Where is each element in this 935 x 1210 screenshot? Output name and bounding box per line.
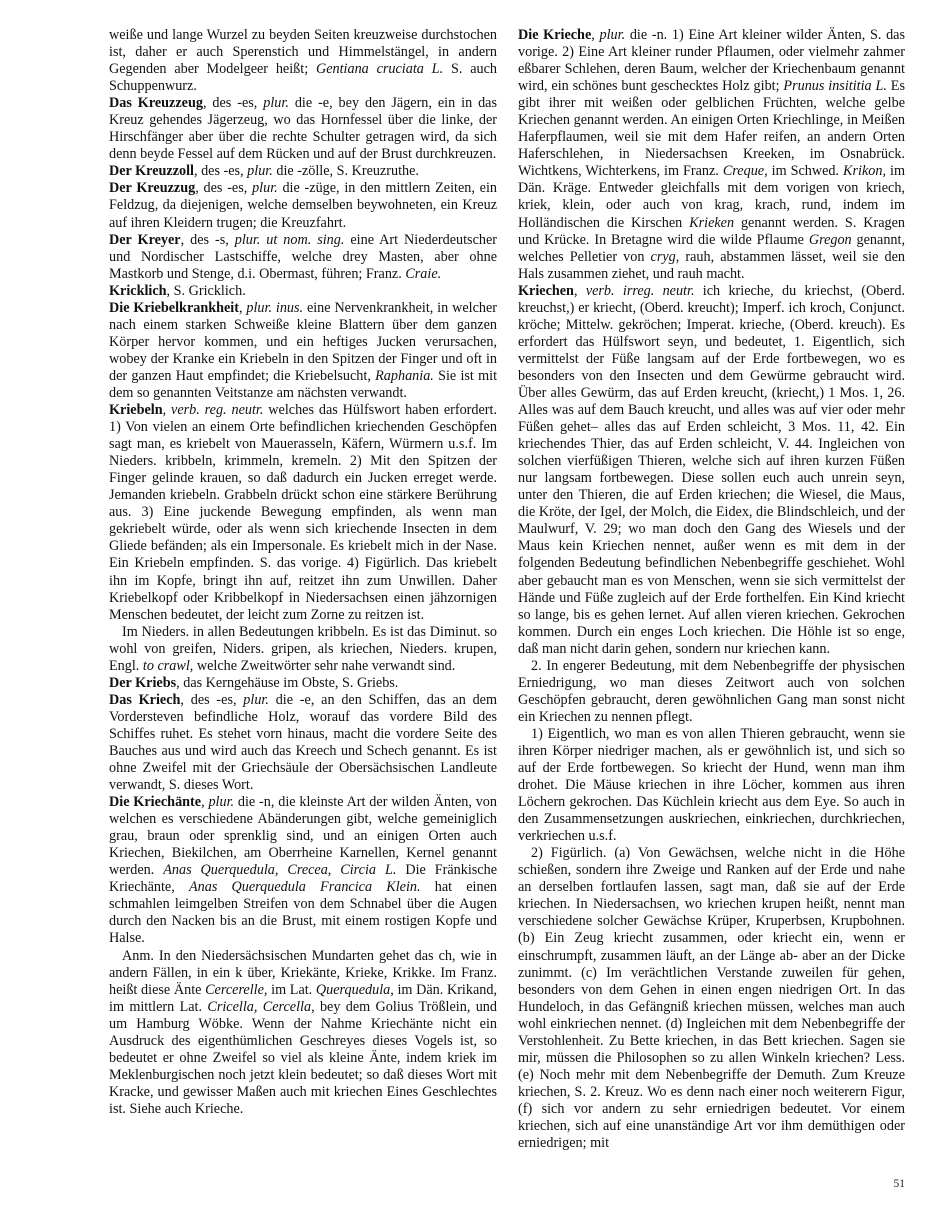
left-column: weiße und lange Wurzel zu beyden Seiten … — [109, 27, 497, 1118]
right-column: Die Krieche, plur. die -n. 1) Eine Art k… — [518, 27, 905, 1152]
headword: Der Kreuzzoll — [109, 163, 194, 179]
italic-term: plur. — [600, 27, 626, 43]
italic-term: plur. — [247, 163, 273, 179]
entry-text: 2) Figürlich. (a) Von Gewächsen, welche … — [518, 845, 905, 1151]
entry-text: , — [163, 402, 171, 418]
headword: Das Kriech — [109, 692, 180, 708]
entry-paragraph: Anm. In den Niedersächsischen Mundarten … — [109, 948, 497, 1118]
entry-text: im Schwed. — [768, 163, 843, 179]
headword: Kriebeln — [109, 402, 163, 418]
headword: Der Kreyer — [109, 232, 181, 248]
entry-text: die -zölle, S. Kreuzruthe. — [273, 163, 419, 179]
entry-text: 1) Eigentlich, wo man es von allen Thier… — [518, 726, 905, 844]
dictionary-entry: Der Kriebs, das Kerngehäuse im Obste, S.… — [109, 675, 497, 692]
entry-text: , des -es, — [194, 163, 247, 179]
entry-text: , — [574, 283, 586, 299]
dictionary-page: weiße und lange Wurzel zu beyden Seiten … — [0, 0, 935, 1210]
entry-paragraph: Im Nieders. in allen Bedeutungen kribbel… — [109, 624, 497, 675]
dictionary-entry: Der Kreuzzug, des -es, plur. die -züge, … — [109, 180, 497, 231]
dictionary-entry: Der Kreuzzoll, des -es, plur. die -zölle… — [109, 163, 497, 180]
italic-term: verb. irreg. neutr. — [586, 283, 695, 299]
italic-term: Anas Querquedula Francica Klein. — [189, 879, 421, 895]
italic-term: Krikon, — [843, 163, 886, 179]
entry-text: , das Kerngehäuse im Obste, S. Griebs. — [176, 675, 398, 691]
page-number: 51 — [880, 1176, 905, 1193]
entry-text: , des -s, — [181, 232, 235, 248]
dictionary-entry: Kricklich, S. Gricklich. — [109, 283, 497, 300]
entry-text: 2. In engerer Bedeutung, mit dem Nebenbe… — [518, 658, 905, 725]
headword: Kricklich — [109, 283, 167, 299]
headword: Die Krieche — [518, 27, 591, 43]
italic-term: plur. inus. — [246, 300, 303, 316]
entry-paragraph: 2) Figürlich. (a) Von Gewächsen, welche … — [518, 845, 905, 1152]
dictionary-entry: Kriebeln, verb. reg. neutr. welches das … — [109, 402, 497, 624]
italic-term: Creque, — [723, 163, 768, 179]
italic-term: Raphania. — [375, 368, 434, 384]
entry-text: , — [591, 27, 599, 43]
entry-text: , S. Gricklich. — [167, 283, 246, 299]
italic-term: verb. reg. neutr. — [171, 402, 263, 418]
italic-term: Gregon — [809, 232, 852, 248]
headword: Die Kriebelkrankheit — [109, 300, 239, 316]
entry-text: , des -es, — [180, 692, 243, 708]
entry-text: ich krieche, du kriechst, (Oberd. kreuch… — [518, 283, 905, 657]
dictionary-entry: Die Kriebelkrankheit, plur. inus. eine N… — [109, 300, 497, 402]
italic-term: Craie. — [405, 266, 441, 282]
entry-paragraph: 1) Eigentlich, wo man es von allen Thier… — [518, 726, 905, 845]
headword: Das Kreuzzeug — [109, 95, 203, 111]
dictionary-entry: weiße und lange Wurzel zu beyden Seiten … — [109, 27, 497, 95]
italic-term: plur. ut nom. sing. — [235, 232, 345, 248]
entry-text: , des -es, — [203, 95, 263, 111]
headword: Der Kreuzzug — [109, 180, 195, 196]
italic-term: Cercerelle, — [205, 982, 267, 998]
dictionary-entry: Das Kreuzzeug, des -es, plur. die -e, be… — [109, 95, 497, 163]
entry-text: welche Zweitwörter sehr nahe verwandt si… — [193, 658, 455, 674]
dictionary-entry: Der Kreyer, des -s, plur. ut nom. sing. … — [109, 232, 497, 283]
entry-text: im Lat. — [267, 982, 315, 998]
italic-term: to crawl, — [143, 658, 193, 674]
dictionary-entry: Die Krieche, plur. die -n. 1) Eine Art k… — [518, 27, 905, 283]
italic-term: Krieken — [689, 215, 734, 231]
entry-text: welches das Hülfswort haben erfor­dert. … — [109, 402, 497, 623]
italic-term: plur. — [208, 794, 234, 810]
italic-term: Querquedula, — [316, 982, 394, 998]
entry-paragraph: 2. In engerer Bedeutung, mit dem Nebenbe… — [518, 658, 905, 726]
italic-term: Gentiana cruciata L. — [316, 61, 443, 77]
headword: Der Kriebs — [109, 675, 176, 691]
italic-term: plur. — [263, 95, 289, 111]
entry-text: , des -es, — [195, 180, 252, 196]
entry-text: bey dem Golius Trößlein, und um Hamburg … — [109, 999, 497, 1117]
headword: Kriechen — [518, 283, 574, 299]
italic-term: plur. — [252, 180, 278, 196]
dictionary-entry: Das Kriech, des -es, plur. die -e, an de… — [109, 692, 497, 794]
italic-term: Anas Querquedula, Crecea, Circia L. — [163, 862, 396, 878]
headword: Die Kriechänte — [109, 794, 201, 810]
dictionary-entry: Die Kriechänte, plur. die -n, die kleins… — [109, 794, 497, 947]
italic-term: plur. — [243, 692, 269, 708]
dictionary-entry: Kriechen, verb. irreg. neutr. ich kriech… — [518, 283, 905, 658]
italic-term: cryg, — [651, 249, 680, 265]
italic-term: Prunus insititia L. — [783, 78, 887, 94]
italic-term: Cricella, Cercella, — [207, 999, 314, 1015]
